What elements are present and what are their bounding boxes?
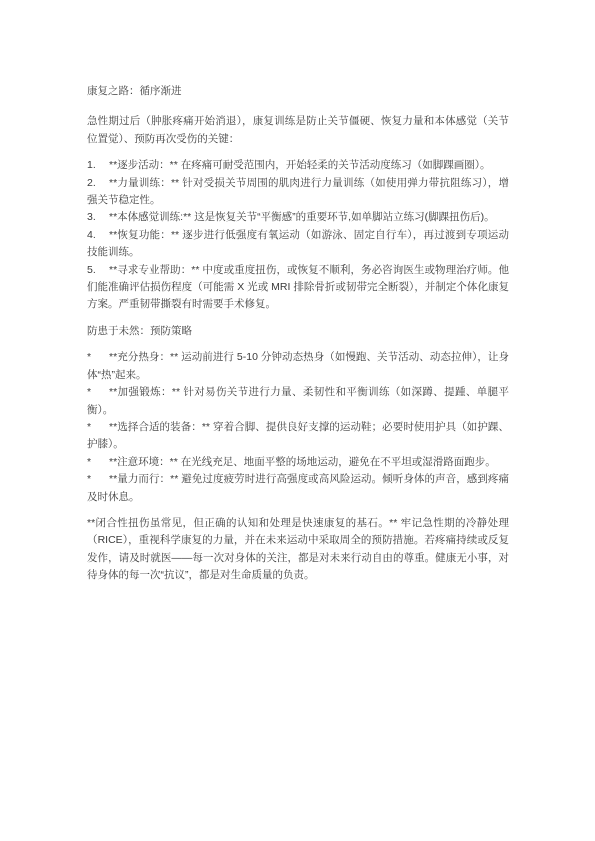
document-page: 康复之路：循序渐进 急性期过后（肿胀疼痛开始消退），康复训练是防止关节僵硬、恢复… (87, 83, 509, 594)
intro-paragraph: 急性期过后（肿胀疼痛开始消退），康复训练是防止关节僵硬、恢复力量和本体感觉（关节… (87, 113, 509, 148)
list-item-text: **逐步活动：** 在疼痛可耐受范围内，开始轻柔的关节活动度练习（如脚踝画圈）。 (109, 159, 491, 171)
bullet-list-item: ***注意环境：** 在光线充足、地面平整的场地运动，避免在不平坦或湿滑路面跑步… (87, 454, 509, 471)
bullet-item-text: **充分热身：** 运动前进行 5-10 分钟动态热身（如慢跑、关节活动、动态拉… (87, 351, 509, 380)
bullet-item-text: **加强锻炼：** 针对易伤关节进行力量、柔韧性和平衡训练（如深蹲、提踵、单腿平… (87, 386, 509, 415)
bullet-list-item: ***充分热身：** 运动前进行 5-10 分钟动态热身（如慢跑、关节活动、动态… (87, 349, 509, 384)
bullet-marker: * (87, 419, 109, 436)
list-item-number: 5. (87, 262, 109, 279)
bullet-item-text: **注意环境：** 在光线充足、地面平整的场地运动，避免在不平坦或湿滑路面跑步。 (109, 456, 496, 468)
list-item-number: 3. (87, 209, 109, 226)
bullet-marker: * (87, 471, 109, 488)
list-item-text: **本体感觉训练:** 这是恢复关节“平衡感”的重要环节,如单脚站立练习(脚踝扭… (109, 211, 495, 223)
closing-paragraph: **闭合性扭伤虽常见，但正确的认知和处理是快速康复的基石。** 牢记急性期的冷静… (87, 515, 509, 585)
numbered-list-item: 4.**恢复功能：** 逐步进行低强度有氧运动（如游泳、固定自行车），再过渡到专… (87, 227, 509, 262)
list-item-number: 4. (87, 227, 109, 244)
bullet-item-text: **选择合适的装备：** 穿着合脚、提供良好支撑的运动鞋；必要时使用护具（如护踝… (87, 421, 509, 450)
numbered-list: 1.**逐步活动：** 在疼痛可耐受范围内，开始轻柔的关节活动度练习（如脚踝画圈… (87, 157, 509, 314)
bullet-list: ***充分热身：** 运动前进行 5-10 分钟动态热身（如慢跑、关节活动、动态… (87, 349, 509, 506)
numbered-list-item: 5.**寻求专业帮助：** 中度或重度扭伤，或恢复不顺利，务必咨询医生或物理治疗… (87, 262, 509, 314)
bullet-list-item: ***量力而行：** 避免过度疲劳时进行高强度或高风险运动。倾听身体的声音，感到… (87, 471, 509, 506)
bullet-marker: * (87, 349, 109, 366)
list-item-text: **寻求专业帮助：** 中度或重度扭伤，或恢复不顺利，务必咨询医生或物理治疗师。… (87, 264, 509, 311)
list-item-number: 1. (87, 157, 109, 174)
bullet-marker: * (87, 454, 109, 471)
prevention-section-heading: 防患于未然：预防策略 (87, 323, 509, 340)
list-item-text: **恢复功能：** 逐步进行低强度有氧运动（如游泳、固定自行车），再过渡到专项运… (87, 229, 509, 258)
numbered-list-item: 3.**本体感觉训练:** 这是恢复关节“平衡感”的重要环节,如单脚站立练习(脚… (87, 209, 509, 226)
list-item-number: 2. (87, 175, 109, 192)
bullet-list-item: ***选择合适的装备：** 穿着合脚、提供良好支撑的运动鞋；必要时使用护具（如护… (87, 419, 509, 454)
bullet-list-item: ***加强锻炼：** 针对易伤关节进行力量、柔韧性和平衡训练（如深蹲、提踵、单腿… (87, 384, 509, 419)
bullet-marker: * (87, 384, 109, 401)
bullet-item-text: **量力而行：** 避免过度疲劳时进行高强度或高风险运动。倾听身体的声音，感到疼… (87, 473, 509, 502)
numbered-list-item: 1.**逐步活动：** 在疼痛可耐受范围内，开始轻柔的关节活动度练习（如脚踝画圈… (87, 157, 509, 174)
numbered-list-item: 2.**力量训练：** 针对受损关节周围的肌肉进行力量训练（如使用弹力带抗阻练习… (87, 175, 509, 210)
document-title: 康复之路：循序渐进 (87, 83, 509, 100)
list-item-text: **力量训练：** 针对受损关节周围的肌肉进行力量训练（如使用弹力带抗阻练习），… (87, 177, 509, 206)
